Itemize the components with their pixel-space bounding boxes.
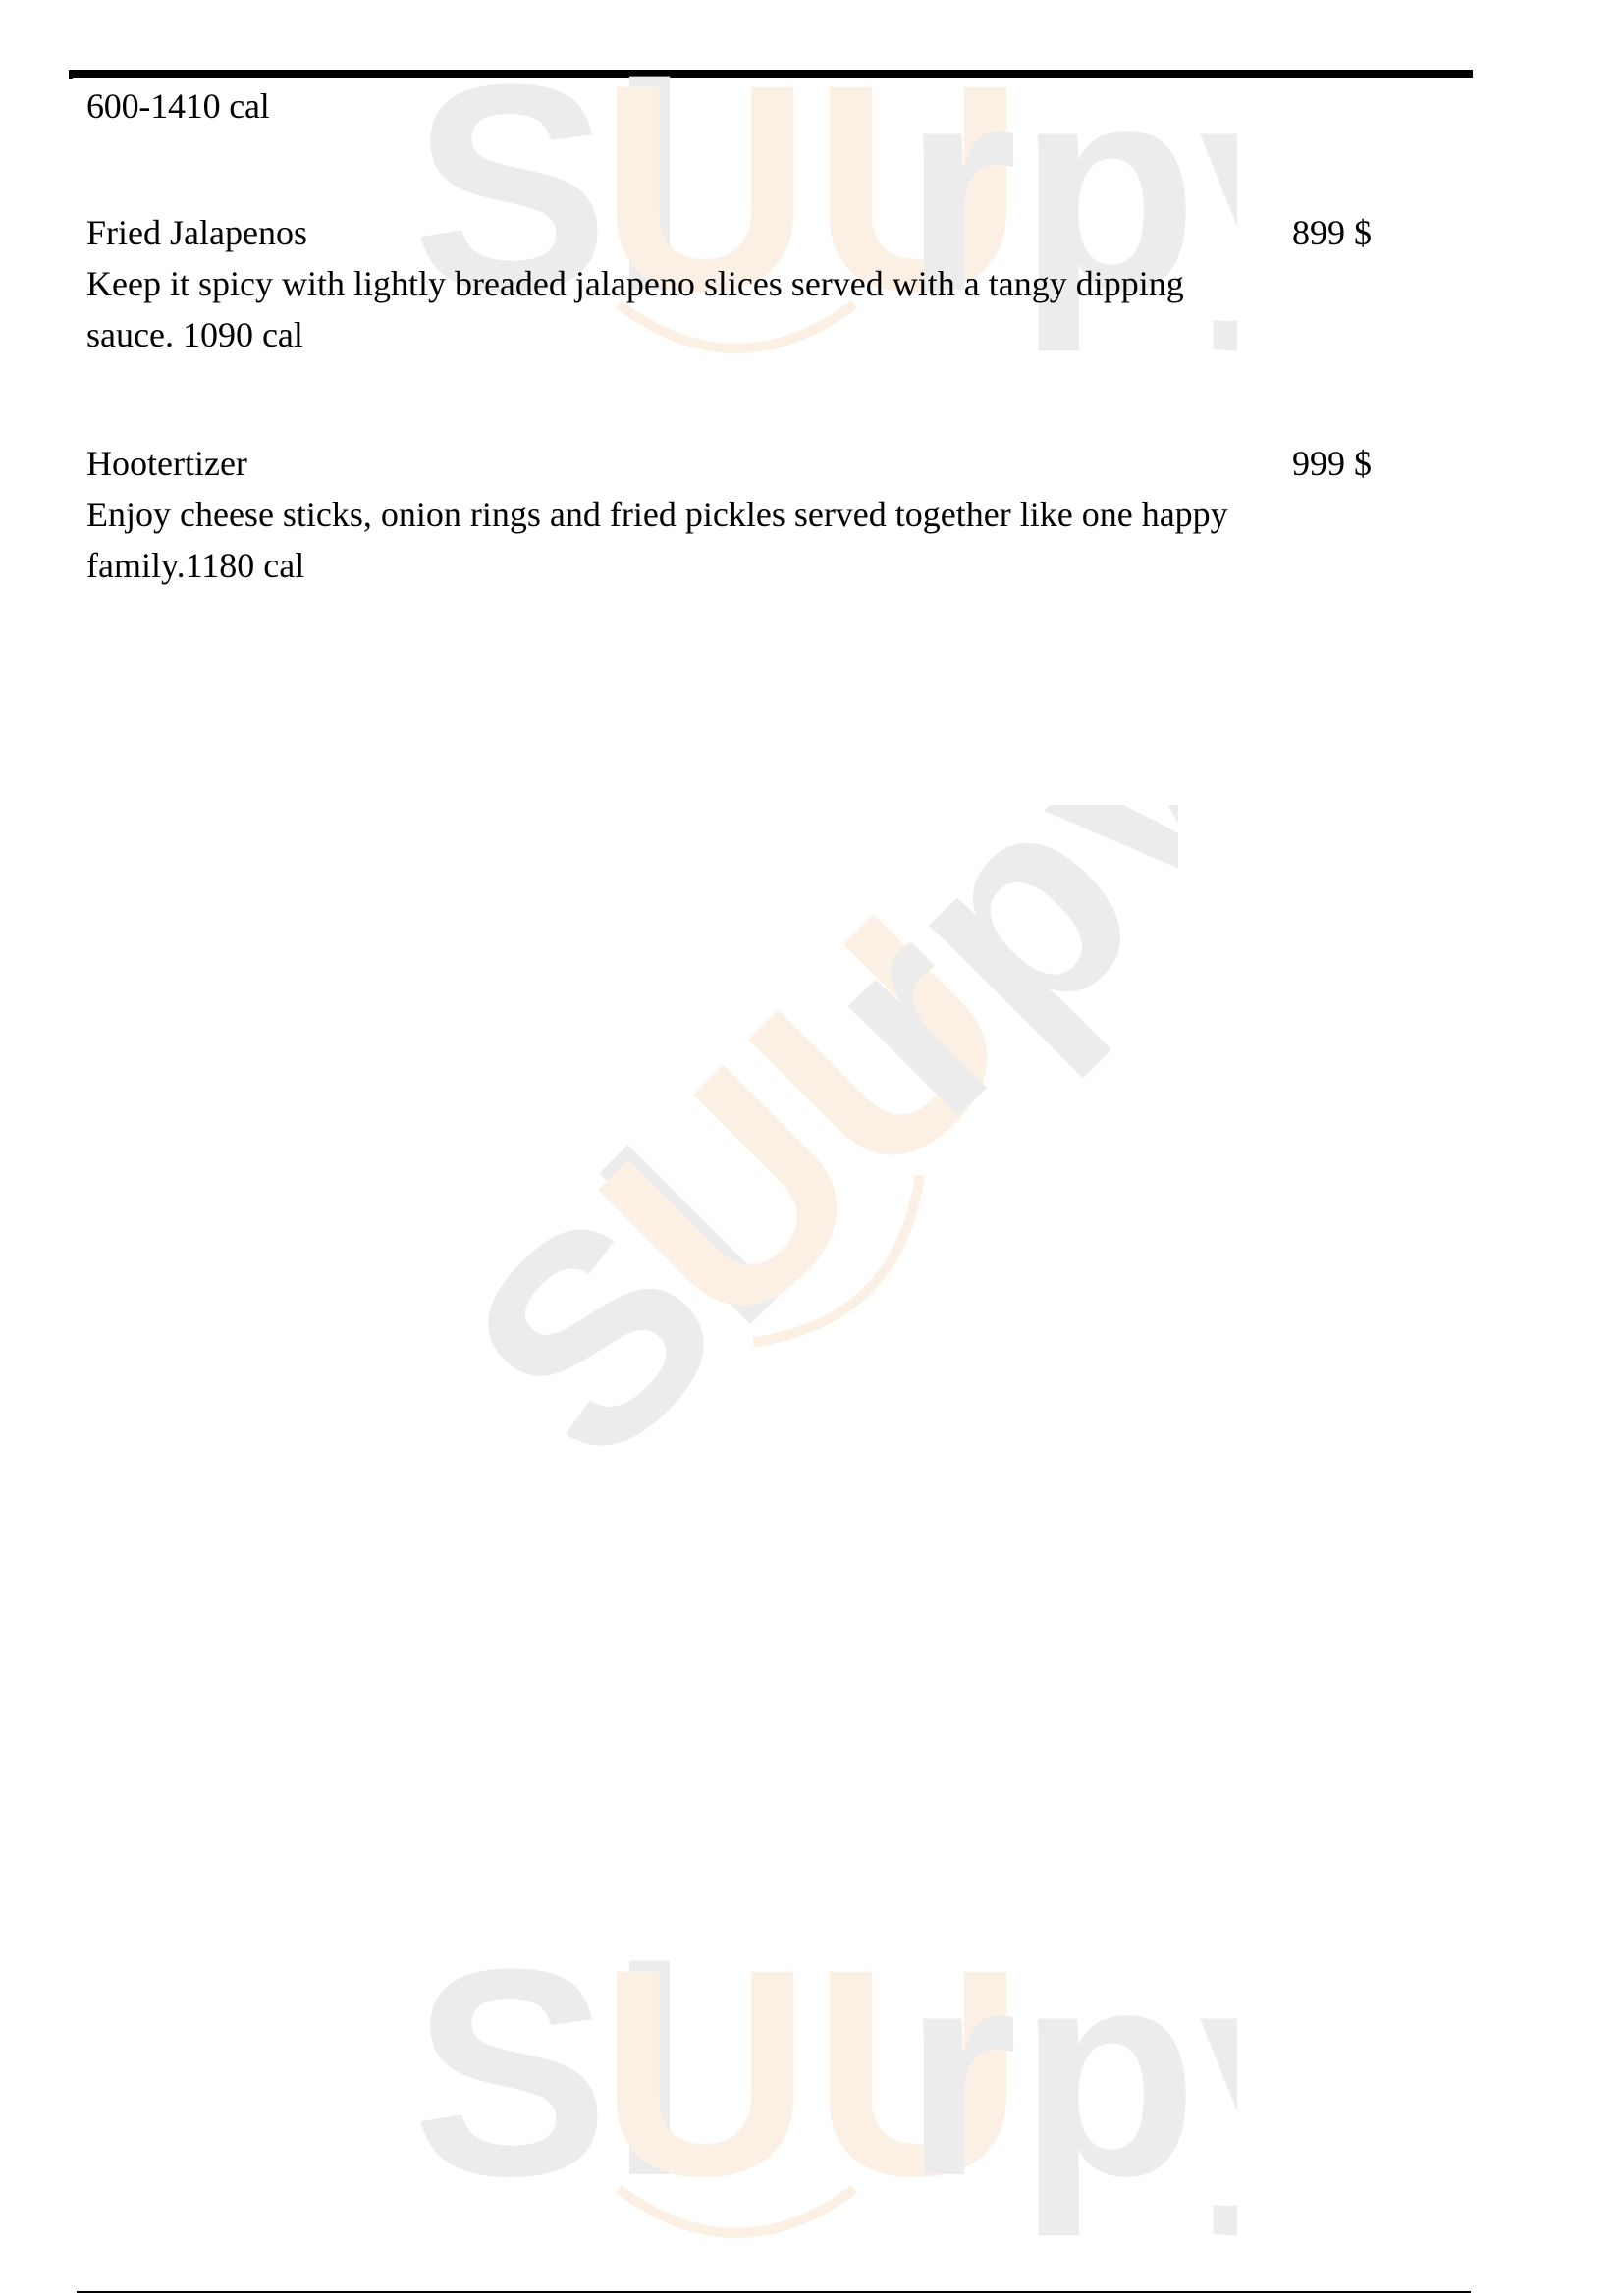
svg-text:UU: UU: [540, 856, 1074, 1390]
svg-text:Sl: Sl: [412, 1924, 690, 2237]
menu-item: Hootertizer 999 $ Enjoy cheese sticks, o…: [86, 438, 1382, 591]
menu-item-price: 899 $: [1292, 207, 1372, 258]
watermark-logo-middle: Sl UU rpy: [432, 805, 1178, 1512]
menu-item-description: Enjoy cheese sticks, onion rings and fri…: [86, 489, 1245, 591]
previous-item-calories: 600-1410 cal: [86, 80, 270, 132]
svg-text:Sl: Sl: [432, 1093, 839, 1512]
bottom-divider: [77, 2291, 1471, 2293]
top-divider-tick: [69, 70, 73, 79]
menu-item-name: Fried Jalapenos: [86, 207, 1382, 258]
svg-text:UU: UU: [599, 1924, 1024, 2237]
menu-item-name: Hootertizer: [86, 438, 1382, 489]
menu-item: Fried Jalapenos 899 $ Keep it spicy with…: [86, 207, 1382, 360]
menu-item-price: 999 $: [1292, 438, 1372, 489]
watermark-logo-bottom: Sl UU rpy: [412, 1924, 1237, 2258]
svg-text:rpy: rpy: [755, 805, 1178, 1176]
top-divider: [69, 70, 1473, 78]
svg-text:rpy: rpy: [903, 1924, 1237, 2239]
menu-item-description: Keep it spicy with lightly breaded jalap…: [86, 258, 1245, 360]
